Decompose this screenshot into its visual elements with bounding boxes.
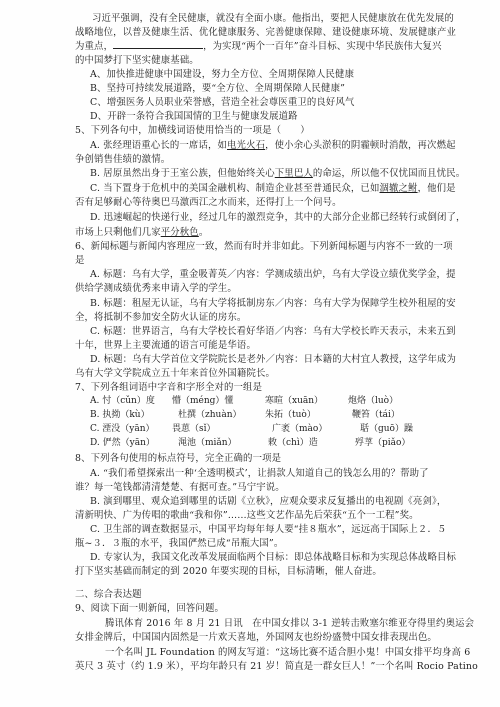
fill-blank[interactable] [113,40,203,49]
q5-option-c: C. 当下置身于危机中的美国金融机构、制造企业甚至普通民众，已如涸辙之鲋，他们是 [90,182,456,195]
q5-option-c-cont: 否有足够耐心等待奥巴马激西江之水而来，还得打上一个问号。 [75,196,342,209]
q5-stem: 5、下列各句中，加横线词语使用恰当的一项是（ ） [75,124,310,137]
q6-option-d-cont: 乌有大学文学院成立五十年来首位外国籍院长。 [75,367,275,380]
q5-c-underlined: 涸辙之鲋 [379,183,417,194]
q6-option-a: A. 标题：乌有大学，重金吸菁英／内容：学测成绩出炉，乌有大学设立绩优奖学金，提 [90,268,456,281]
q5-d-cont-post: 。 [199,227,209,238]
q7-a-1: A. 忖（cǔn）度 [90,395,155,408]
q6-stem: 6、新闻标题与新闻内容理应一致，然而有时并非如此。下列新闻标题与内容不一致的一项 [75,240,453,253]
news-line-3: 一个名叫 JL Foundation 的网友写道：“这场比赛不适合胆小鬼！中国女… [105,646,470,659]
q8-option-d: D. 专家认为，我国文化改革发展面临两个目标：即总体战略目标和为实现总体战略目标 [90,551,456,564]
q6-option-b-cont: 全，将抵制不参加安全防火认证的房东。 [75,311,246,324]
q6-stem-cont: 是 [75,254,85,267]
q6-option-a-cont: 供给学测成绩优秀来申请入学的学生。 [75,282,237,295]
q5-c-pre: C. 当下置身于危机中的美国金融机构、制造企业甚至普通民众，已如 [90,183,379,194]
q5-d-cont-pre: 市场上只剩他们几家 [75,227,161,238]
q7-b-2: 杜撰（zhuàn） [178,409,242,422]
q8-option-c-cont: 瓶~３．３瓶的水平，我国俨然已成“吊瓶大国”。 [75,537,283,550]
q5-c-post: ，他们是 [418,183,456,194]
intro-line-3-end: ，为实现“两个一百年”奋斗目标、实现中华民族伟大复兴 [203,41,442,52]
q8-option-b-cont: 清新明快、广为传唱的歌曲“我和你”……这些文艺作品先后荣获“五个一工程”奖。 [75,509,419,522]
q6-option-c-cont: 十年，世界上主要流通的语言可能是华语。 [75,339,256,352]
news-line-4: 英尺 3 英寸（约 1.9 米），平均年龄只有 21 岁！简直是一群女巨人！”一… [75,660,478,673]
q6-option-c: C. 标题：世界语言，乌有大学校长看好华语／内容：乌有大学校长昨天表示，未来五到 [90,325,456,338]
intro-line-1: 习近平强调，没有全民健康，就没有全面小康。他指出，要把人民健康放在优先发展的 [92,12,454,25]
intro-option-b: B、坚持可持续发展道路，要“全方位、全周期保障人民健康” [90,82,345,95]
news-line-2: 女排金牌后，中国国内固然是一片欢天喜地，外国网友也纷纷盛赞中国女排表现出色。 [75,631,437,644]
q8-stem: 8、下列各句使用的标点符号，完全正确的一项是 [75,452,281,465]
section-2-title: 二、综合表达题 [75,588,142,601]
intro-option-d: D、开辟一条符合我国国情的卫生与健康发展道路 [90,110,298,123]
intro-option-c: C、增强医务人员职业荣誉感，营造全社会尊医重卫的良好风气 [90,96,355,109]
exam-page: 习近平强调，没有全民健康，就没有全面小康。他指出，要把人民健康放在优先发展的 战… [0,0,500,707]
q7-c-4: 聒（guō）躁 [360,423,413,436]
intro-line-3-start: 为重点， [75,41,113,52]
q5-b-pre: B. 居原虽然出身于王室公族，但他始终关心 [90,168,275,179]
q8-option-a: A. “我们希望探索出一种‘全透明模式’，让捐款人知道自己的钱怎么用的？帮助了 [90,467,429,480]
q5-b-post: 的命运，所以他不仅忧国而且忧民。 [313,168,465,179]
q5-a-pre: A. 张经理语重心长的一席话，如 [90,140,227,151]
q7-b-3: 朱拓（tuò） [265,409,316,422]
q7-d-3: 敕（chì）造 [268,437,318,450]
q5-option-b: B. 居原虽然出身于王室公族，但他始终关心下里巴人的命运，所以他不仅忧国而且忧民… [90,167,465,180]
q9-stem: 9、阅读下面一则新闻，回答问题。 [75,602,224,615]
q7-c-2: 畏葸（sǐ） [172,423,216,436]
intro-option-a: A、加快推进健康中国建设，努力全方位、全周期保障人民健康 [90,68,354,81]
intro-line-2: 战略地位，以普及健康生活、优化健康服务、完善健康保障、建设健康环境、发展健康产业 [75,26,456,39]
q5-option-a: A. 张经理语重心长的一席话，如电光火石，使小余心头淤积的阴霾顿时消散，再次燃起 [90,139,456,152]
intro-line-3: 为重点，，为实现“两个一百年”奋斗目标、实现中华民族伟大复兴 [75,40,442,53]
q7-a-3: 寒暄（xuān） [265,395,323,408]
q5-option-a-cont: 争创销售佳绩的激情。 [75,153,170,166]
q6-option-b: B. 标题：租屋无认证，乌有大学将抵制房东／内容：乌有大学为保障学生校外租屋的安 [90,297,456,310]
q8-option-c: C. 卫生部的调查数据显示，中国平均每年每人要“挂８瓶水”，远远高于国际上２．５ [90,523,447,536]
q7-a-2: 懵（méng）懂 [172,395,233,408]
q8-option-b: B. 演到哪里、观众追到哪里的话剧《立秋》，应观众要求反复播出的电视剧《亮剑》， [90,495,446,508]
q7-b-1: B. 执拗（kù） [90,409,150,422]
q5-d-underlined: 平分秋色 [161,227,199,238]
news-line-1: 腾讯体育 2016 年 8 月 21 日讯 在中国女排以 3-1 逆转击败塞尔维… [105,617,474,630]
q7-a-4: 炮烙（luò） [348,395,398,408]
q7-d-2: 渑池（miǎn） [178,437,237,450]
intro-line-4: 的中国梦打下坚实健康基础。 [75,54,199,67]
q8-option-d-cont: 打下坚实基础而制定的到 2020 年要实现的目标，目标清晰，催人奋进。 [75,565,382,578]
q5-b-underlined: 下里巴人 [275,168,313,179]
q7-d-1: D. 俨然（yān） [90,437,155,450]
q5-a-post: ，使小余心头淤积的阴霾顿时消散，再次燃起 [265,140,456,151]
q7-b-4: 鞭笞（tái） [352,409,400,422]
q7-c-3: 广袤（mào） [272,423,327,436]
q7-stem: 7、下列各组词语中字音和字形全对的一组是 [75,381,262,394]
q5-option-d: D. 迅速崛起的快递行业，经过几年的激烈竞争，其中的大部分企业都已经转行或倒闭了… [90,211,466,224]
q7-d-4: 殍莩（piǎo） [355,437,410,450]
q7-c-1: C. 湮没（yān） [90,423,155,436]
q8-option-a-cont: 谁？每一笔钱都清清楚楚、有据可查。”马宁宇说。 [75,481,285,494]
q6-option-d: D. 标题：乌有大学首位文学院院长是老外／内容：日本籍的大村宜人教授，这学年成为 [90,353,456,366]
q5-a-underlined: 电光火石 [227,140,265,151]
q5-option-d-cont: 市场上只剩他们几家平分秋色。 [75,226,208,239]
